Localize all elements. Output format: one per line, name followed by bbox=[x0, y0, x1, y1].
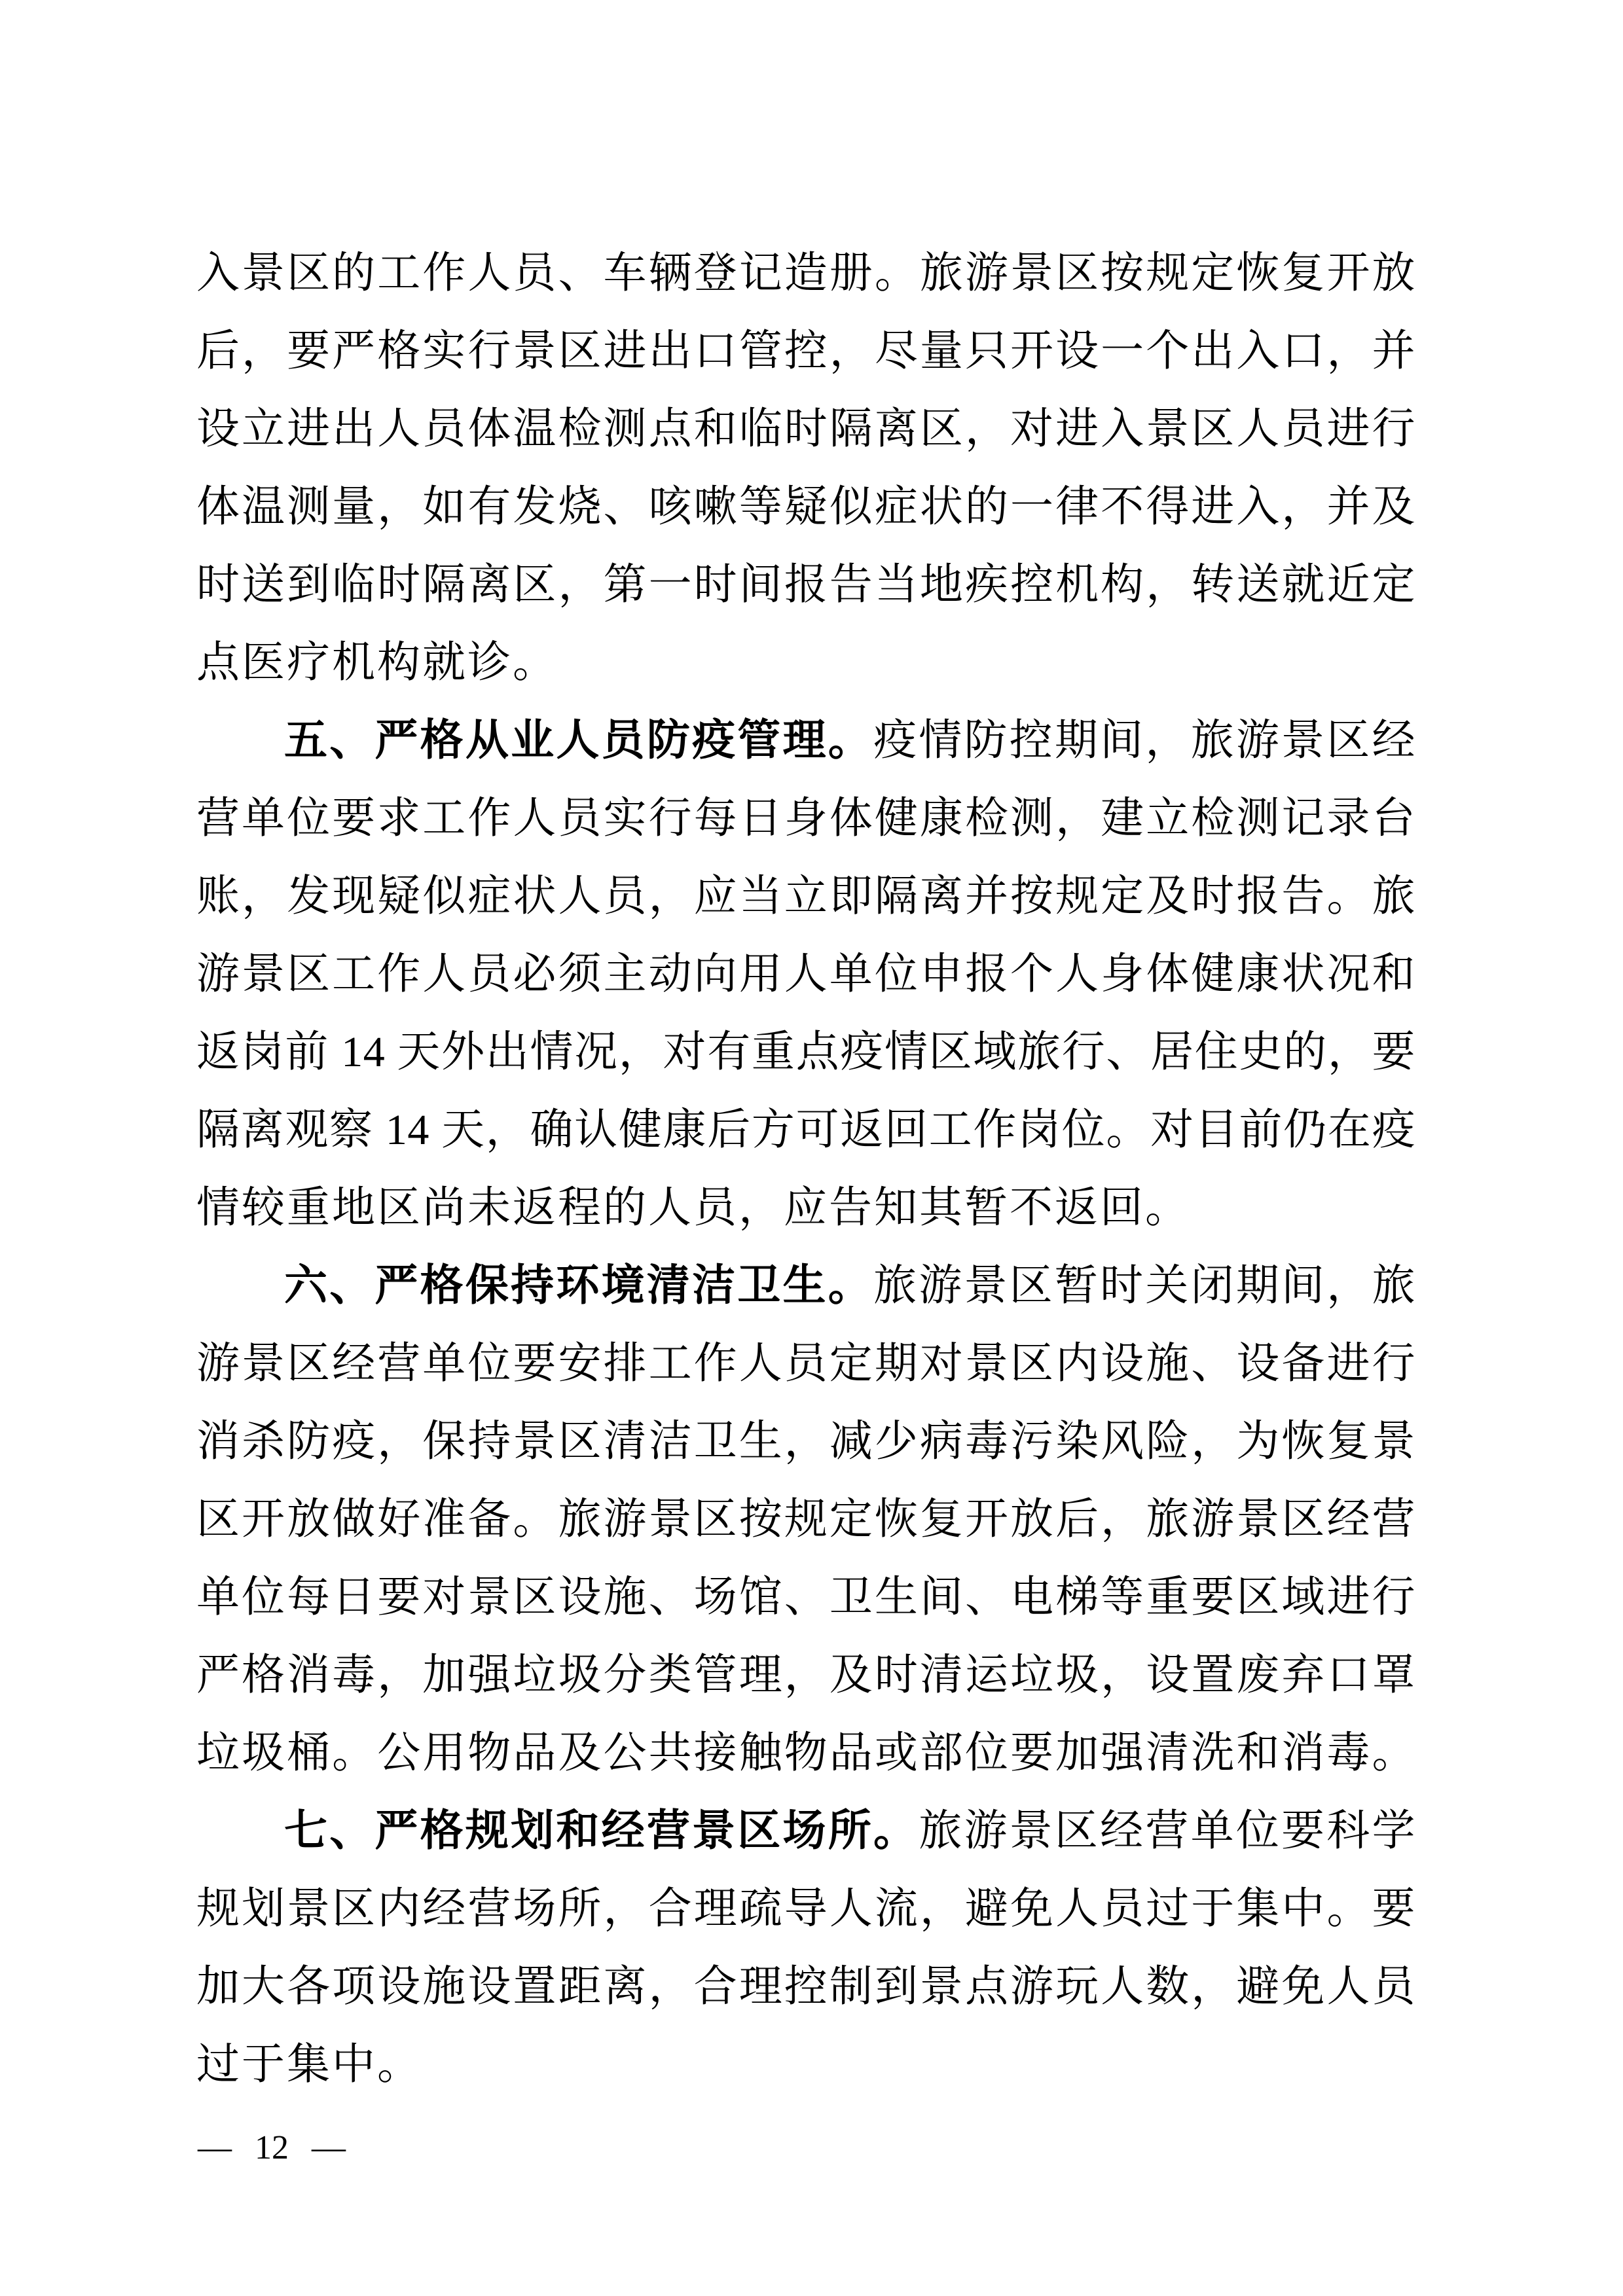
text-line: 消杀防疫，保持景区清洁卫生，减少病毒污染风险，为恢复景 bbox=[196, 1403, 1415, 1480]
text-line: 游景区工作人员必须主动向用人单位申报个人身体健康状况和 bbox=[196, 935, 1415, 1013]
body-text: 规划景区内经营场所，合理疏导人流，避免人员过于集中。要 bbox=[196, 1885, 1415, 1933]
text-line: 账，发现疑似症状人员，应当立即隔离并按规定及时报告。旅 bbox=[196, 857, 1415, 935]
body-text: 严格消毒，加强垃圾分类管理，及时清运垃圾，设置废弃口罩 bbox=[196, 1651, 1415, 1699]
body-text: 隔离观察 14 天，确认健康后方可返回工作岗位。对目前仍在疫 bbox=[196, 1106, 1415, 1154]
body-text: 返岗前 14 天外出情况，对有重点疫情区域旅行、居住史的，要 bbox=[196, 1028, 1415, 1076]
body-text: 垃圾桶。公用物品及公共接触物品或部位要加强清洗和消毒。 bbox=[196, 1729, 1415, 1777]
text-line: 情较重地区尚未返程的人员，应告知其暂不返回。 bbox=[196, 1169, 1415, 1247]
text-line: 垃圾桶。公用物品及公共接触物品或部位要加强清洗和消毒。 bbox=[196, 1714, 1415, 1792]
body-text: 账，发现疑似症状人员，应当立即隔离并按规定及时报告。旅 bbox=[196, 872, 1415, 920]
text-line: 游景区经营单位要安排工作人员定期对景区内设施、设备进行 bbox=[196, 1325, 1415, 1403]
section-heading: 七、严格规划和经营景区场所。 bbox=[284, 1807, 919, 1855]
text-line: 规划景区内经营场所，合理疏导人流，避免人员过于集中。要 bbox=[196, 1870, 1415, 1948]
text-line: 入景区的工作人员、车辆登记造册。旅游景区按规定恢复开放 bbox=[196, 234, 1415, 312]
section-heading: 五、严格从业人员防疫管理。 bbox=[284, 717, 873, 764]
body-text: 游景区工作人员必须主动向用人单位申报个人身体健康状况和 bbox=[196, 950, 1415, 998]
body-text: 游景区经营单位要安排工作人员定期对景区内设施、设备进行 bbox=[196, 1340, 1415, 1388]
text-line: 点医疗机构就诊。 bbox=[196, 624, 1415, 702]
text-line: 七、严格规划和经营景区场所。旅游景区经营单位要科学 bbox=[196, 1792, 1415, 1870]
page-number: — 12 — bbox=[198, 2128, 346, 2168]
body-text: 情较重地区尚未返程的人员，应告知其暂不返回。 bbox=[196, 1184, 1190, 1232]
text-line: 体温测量，如有发烧、咳嗽等疑似症状的一律不得进入，并及 bbox=[196, 468, 1415, 546]
body-text: 入景区的工作人员、车辆登记造册。旅游景区按规定恢复开放 bbox=[196, 249, 1415, 297]
text-line: 严格消毒，加强垃圾分类管理，及时清运垃圾，设置废弃口罩 bbox=[196, 1636, 1415, 1714]
text-line: 五、严格从业人员防疫管理。疫情防控期间，旅游景区经 bbox=[196, 702, 1415, 780]
body-text: 营单位要求工作人员实行每日身体健康检测，建立检测记录台 bbox=[196, 795, 1415, 842]
body-text: 旅游景区经营单位要科学 bbox=[919, 1807, 1415, 1855]
body-text: 点医疗机构就诊。 bbox=[196, 639, 558, 687]
body-text: 区开放做好准备。旅游景区按规定恢复开放后，旅游景区经营 bbox=[196, 1496, 1415, 1543]
text-line: 过于集中。 bbox=[196, 2026, 1415, 2104]
document-page: 入景区的工作人员、车辆登记造册。旅游景区按规定恢复开放后，要严格实行景区进出口管… bbox=[0, 0, 1623, 2296]
document-text-block: 入景区的工作人员、车辆登记造册。旅游景区按规定恢复开放后，要严格实行景区进出口管… bbox=[196, 234, 1415, 2104]
body-text: 消杀防疫，保持景区清洁卫生，减少病毒污染风险，为恢复景 bbox=[196, 1418, 1415, 1465]
text-line: 单位每日要对景区设施、场馆、卫生间、电梯等重要区域进行 bbox=[196, 1558, 1415, 1636]
text-line: 时送到临时隔离区，第一时间报告当地疾控机构，转送就近定 bbox=[196, 546, 1415, 624]
body-text: 加大各项设施设置距离，合理控制到景点游玩人数，避免人员 bbox=[196, 1963, 1415, 2011]
body-text: 过于集中。 bbox=[196, 2041, 422, 2089]
body-text: 旅游景区暂时关闭期间，旅 bbox=[873, 1262, 1415, 1310]
text-line: 返岗前 14 天外出情况，对有重点疫情区域旅行、居住史的，要 bbox=[196, 1013, 1415, 1091]
text-line: 营单位要求工作人员实行每日身体健康检测，建立检测记录台 bbox=[196, 780, 1415, 857]
body-text: 疫情防控期间，旅游景区经 bbox=[873, 717, 1415, 764]
text-line: 加大各项设施设置距离，合理控制到景点游玩人数，避免人员 bbox=[196, 1948, 1415, 2026]
body-text: 后，要严格实行景区进出口管控，尽量只开设一个出入口，并 bbox=[196, 327, 1415, 375]
text-line: 六、严格保持环境清洁卫生。旅游景区暂时关闭期间，旅 bbox=[196, 1247, 1415, 1325]
body-text: 设立进出人员体温检测点和临时隔离区，对进入景区人员进行 bbox=[196, 405, 1415, 453]
text-line: 区开放做好准备。旅游景区按规定恢复开放后，旅游景区经营 bbox=[196, 1480, 1415, 1558]
text-line: 设立进出人员体温检测点和临时隔离区，对进入景区人员进行 bbox=[196, 390, 1415, 468]
body-text: 时送到临时隔离区，第一时间报告当地疾控机构，转送就近定 bbox=[196, 561, 1415, 609]
text-line: 后，要严格实行景区进出口管控，尽量只开设一个出入口，并 bbox=[196, 312, 1415, 390]
body-text: 单位每日要对景区设施、场馆、卫生间、电梯等重要区域进行 bbox=[196, 1573, 1415, 1621]
section-heading: 六、严格保持环境清洁卫生。 bbox=[284, 1262, 873, 1310]
text-line: 隔离观察 14 天，确认健康后方可返回工作岗位。对目前仍在疫 bbox=[196, 1091, 1415, 1169]
body-text: 体温测量，如有发烧、咳嗽等疑似症状的一律不得进入，并及 bbox=[196, 483, 1415, 531]
